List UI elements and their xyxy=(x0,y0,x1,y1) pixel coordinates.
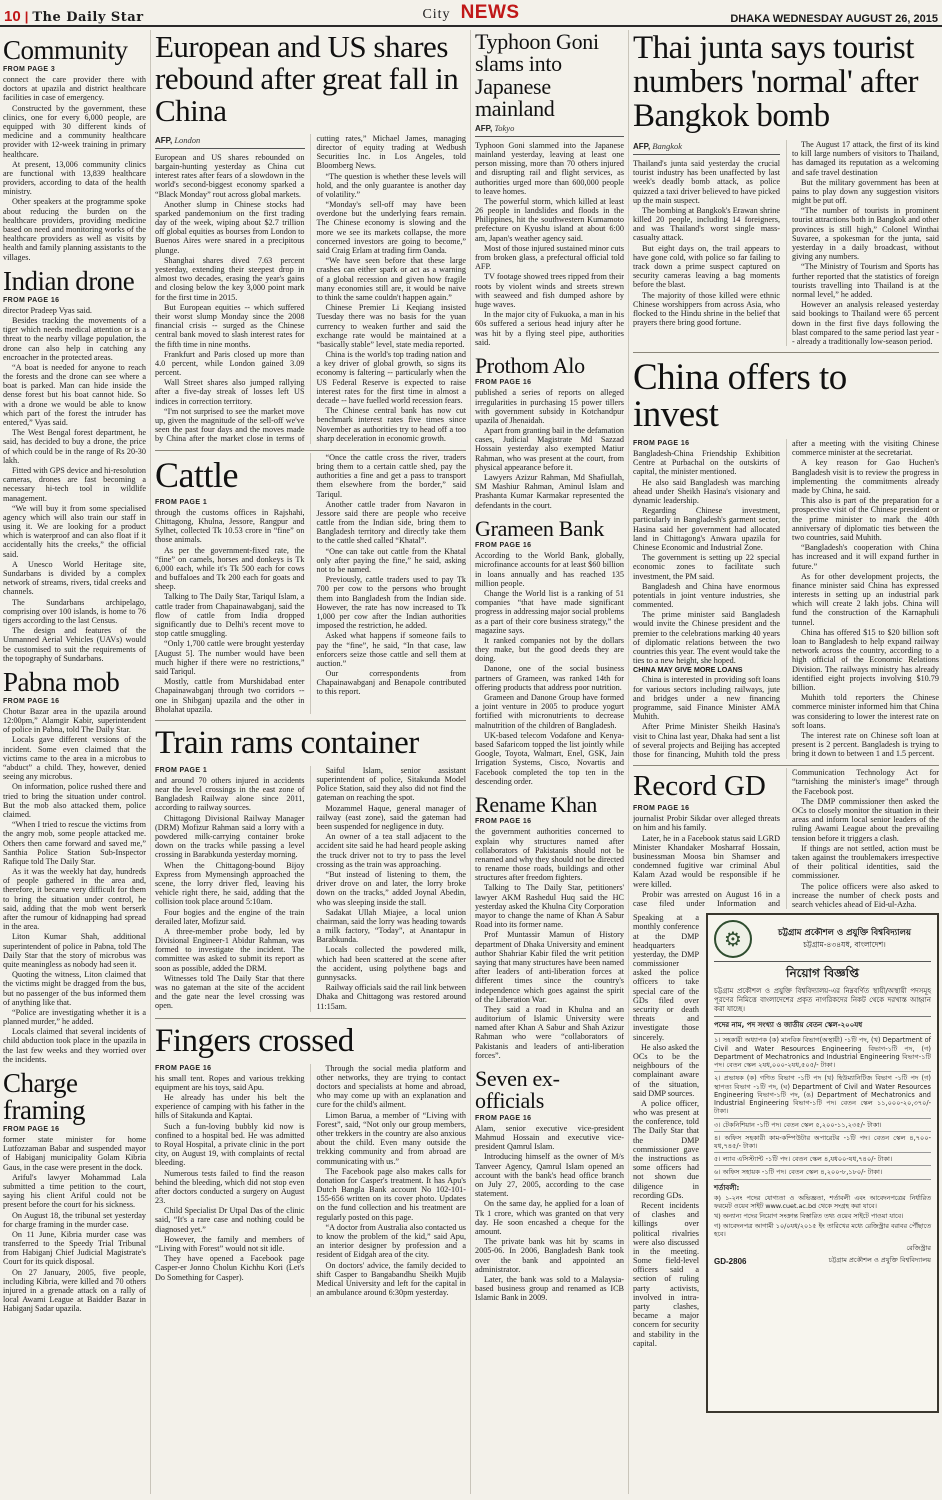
paragraph: This also is part of the preparation for… xyxy=(792,496,939,542)
paragraph: Besides tracking the movements of a tige… xyxy=(3,316,146,362)
ad-university-name: চট্টগ্রাম প্রকৌশল ও প্রযুক্তি বিশ্ববিদ্য… xyxy=(758,926,931,940)
paragraph: ২। প্রভাষক (ক) গণিত বিভাগ -১টি পদ (খ) হি… xyxy=(714,1072,931,1118)
article-pabna-mob: Pabna mob FROM PAGE 16 Chotur Bazar area… xyxy=(3,669,146,1064)
paragraph: “A doctor from Australia also contacted … xyxy=(317,1223,467,1260)
paragraph: connect the care provider there with doc… xyxy=(3,75,146,103)
paragraph: Introducing himself as the owner of M/s … xyxy=(475,1152,624,1198)
article-title: Rename Khan xyxy=(475,794,624,816)
paragraph: However an analysis released yesterday s… xyxy=(792,300,939,346)
paragraph: However, the family and members of “Livi… xyxy=(155,1235,305,1253)
paragraph: Recent incidents of clashes and killings… xyxy=(633,1201,699,1348)
article-title: Thai junta says tourist numbers 'normal'… xyxy=(633,31,939,133)
paragraph: ৫। ল্যাব এসিস্ট্যান্ট -১টি পদ। বেতন স্কে… xyxy=(714,1153,931,1166)
ad-table-header: পদের নাম, পদ সংখ্যা ও জাতীয় বেতন স্কেল-… xyxy=(714,1017,931,1034)
paragraph: He also said Bangladesh was marching ahe… xyxy=(633,478,780,506)
section-divider xyxy=(633,352,939,353)
paragraph: Chotur Bazar area in the upazila around … xyxy=(3,707,146,735)
paragraph: “The question is whether these levels wi… xyxy=(317,172,467,200)
paragraph: Locals collected the powdered milk, whic… xyxy=(317,945,467,982)
article-china-offers-invest: China offers to invest FROM PAGE 16 Bang… xyxy=(633,355,939,759)
paragraph: They have opened a Facebook page Casper-… xyxy=(155,1254,305,1282)
columns-2-3: European and US shares rebound after gre… xyxy=(155,31,466,1495)
article-body: his small tent. Ropes and various trekki… xyxy=(155,1064,466,1298)
paragraph: Regarding Chinese investment, particular… xyxy=(633,506,780,552)
from-page-label: FROM PAGE 16 xyxy=(633,805,780,812)
article-community: Community FROM PAGE 3 connect the care p… xyxy=(3,37,146,262)
paragraph: Through the social media platform and ot… xyxy=(317,1064,467,1110)
article-title: China offers to invest xyxy=(633,359,939,433)
paragraph: “Bangladesh's cooperation with China has… xyxy=(792,543,939,571)
ad-header-text: চট্টগ্রাম প্রকৌশল ও প্রযুক্তি বিশ্ববিদ্য… xyxy=(758,926,931,952)
recruitment-advertisement: ⚙ চট্টগ্রাম প্রকৌশল ও প্রযুক্তি বিশ্ববিদ… xyxy=(706,913,939,1413)
paragraph: Wall Street shares also jumped rallying … xyxy=(155,378,305,406)
ad-position-rows: ১। সহকারী অধ্যাপক (ক) মানবিক বিভাগ(অস্থা… xyxy=(714,1034,931,1179)
article-train-rams-container: Train rams container FROM PAGE 1 and aro… xyxy=(155,723,466,1012)
page-header: 10 | The Daily Star City NEWS DHAKA WEDN… xyxy=(0,0,942,27)
column-rule xyxy=(628,30,629,1494)
paragraph: Frankfurt and Paris closed up more than … xyxy=(155,350,305,378)
paragraph: But the military government has been at … xyxy=(792,178,939,206)
page-number: 10 xyxy=(4,8,21,25)
section-label: NEWS xyxy=(461,2,520,24)
article-body: Thailand's junta said yesterday the cruc… xyxy=(633,140,939,346)
article-body: director Pradeep Vyas said.Besides track… xyxy=(3,306,146,663)
dateline: DHAKA WEDNESDAY AUGUST 26, 2015 xyxy=(730,13,942,25)
article-fingers-crossed: Fingers crossed FROM PAGE 16 his small t… xyxy=(155,1021,466,1298)
paragraph: If things are not settled, action must b… xyxy=(792,844,939,881)
paragraph: Change the World list is a ranking of 51… xyxy=(475,589,624,635)
paragraph: UK-based telecom Vodafone and Kenya-base… xyxy=(475,731,624,786)
ad-signature: রেজিস্ট্রার চট্টগ্রাম প্রকৌশল ও প্রযুক্ত… xyxy=(829,1242,931,1266)
article-seven-ex-officials: Seven ex-officials FROM PAGE 16 Alam, se… xyxy=(475,1068,624,1302)
byline-place: London xyxy=(174,135,200,145)
paragraph: ১। সহকারী অধ্যাপক (ক) মানবিক বিভাগ(অস্থা… xyxy=(714,1034,931,1072)
paragraph: ৬। অফিস সহায়ক -১টি পদ। বেতন স্কেল ৪,২০০… xyxy=(714,1166,931,1179)
paragraph: Saiful Islam, senior assistant superinte… xyxy=(317,766,467,803)
paragraph: A police officer, who was present at the… xyxy=(633,1099,699,1200)
paragraph: “But instead of listening to them, the d… xyxy=(317,870,467,907)
university-emblem-icon: ⚙ xyxy=(714,920,752,958)
paragraph: ৩। টেকনিশিয়ান -১টি পদ। বেতন স্কেল ৫,২০০… xyxy=(714,1119,931,1132)
paragraph: Railway officials said the rail link bet… xyxy=(317,983,467,1011)
article-title: Fingers crossed xyxy=(155,1025,466,1058)
paragraph: The DMP commissioner then asked the OCs … xyxy=(792,797,939,843)
paragraph: Lawyers Azizur Rahman, Md Shafiullah, SM… xyxy=(475,473,624,510)
paragraph: A three-member probe body, led by Divisi… xyxy=(155,927,305,973)
section-divider xyxy=(155,450,466,451)
article-body: and around 70 others injured in accident… xyxy=(155,766,466,1012)
ad-intro-text: চট্টগ্রাম প্রকৌশল ও প্রযুক্তি বিশ্ববিদ্য… xyxy=(714,987,931,1017)
paragraph: Speaking at a monthly conference at the … xyxy=(633,913,699,1042)
from-page-label: FROM PAGE 16 xyxy=(3,698,146,705)
ad-university-address: চট্টগ্রাম-৪৩৪যধ, বাংলাদেশ। xyxy=(758,940,931,952)
ad-signature-org: চট্টগ্রাম প্রকৌশল ও প্রযুক্তি বিশ্ববিদ্য… xyxy=(829,1256,931,1264)
paragraph: When the Chittagong-bound Bijoy Express … xyxy=(155,861,305,907)
paragraph: Bangladesh and China have enormous poten… xyxy=(633,582,780,610)
paragraph: But eight days on, the trail appears to … xyxy=(633,244,780,290)
paragraph: The bombing at Bangkok's Erawan shrine k… xyxy=(633,206,780,243)
article-charge-framing: Charge framing FROM PAGE 16 former state… xyxy=(3,1070,146,1314)
columns-5-6: Thai junta says tourist numbers 'normal'… xyxy=(633,31,939,1495)
article-body: connect the care provider there with doc… xyxy=(3,75,146,262)
article-grameen-bank: Grameen Bank FROM PAGE 16 According to t… xyxy=(475,518,624,786)
article-title: Typhoon Goni slams into Japanese mainlan… xyxy=(475,31,624,121)
paragraph: Bangladesh-China Friendship Exhibition C… xyxy=(633,449,780,477)
article-body: published a series of reports on alleged… xyxy=(475,388,624,509)
paragraph: As per the government-fixed rate, the “f… xyxy=(155,546,305,592)
article-title: Record GD xyxy=(633,770,780,803)
section-divider xyxy=(155,720,466,721)
article-rename-khan: Rename Khan FROM PAGE 16 the government … xyxy=(475,794,624,1060)
from-page-label: FROM PAGE 16 xyxy=(475,542,624,549)
article-cattle: Cattle FROM PAGE 1 through the customs o… xyxy=(155,453,466,714)
section-divider xyxy=(633,765,939,766)
paragraph: Liton Kumar Shah, additional superintend… xyxy=(3,932,146,969)
paragraph: Asked what happens if someone fails to p… xyxy=(317,631,467,668)
paragraph: The private bank was hit by scams in 200… xyxy=(475,1237,624,1274)
paragraph: director Pradeep Vyas said. xyxy=(3,306,146,315)
paragraph: According to the World Bank, globally, m… xyxy=(475,551,624,588)
article-body: European and US shares rebounded on barg… xyxy=(155,134,466,444)
ad-conditions-title: শর্তাবলী: xyxy=(714,1182,931,1194)
paragraph: through the customs offices in Rajshahi,… xyxy=(155,508,305,545)
from-page-label: FROM PAGE 1 xyxy=(155,499,305,506)
paragraph: “When I tried to rescue the victims from… xyxy=(3,820,146,866)
paragraph: A Unesco World Heritage site, Sundarbans… xyxy=(3,560,146,597)
from-page-label: FROM PAGE 16 xyxy=(475,379,624,386)
paragraph: his small tent. Ropes and various trekki… xyxy=(155,1074,305,1092)
article-title: Prothom Alo xyxy=(475,355,624,377)
paragraph: But European equities -- which suffered … xyxy=(155,303,305,349)
paragraph: A key reason for Gao Huchen's Bangladesh… xyxy=(792,458,939,495)
from-page-label: FROM PAGE 16 xyxy=(3,1126,146,1133)
paragraph: published a series of reports on alleged… xyxy=(475,388,624,425)
paragraph: They said a road in Khulna and an audito… xyxy=(475,1005,624,1060)
from-page-label: FROM PAGE 3 xyxy=(3,66,146,73)
record-gd-narrow-column: Speaking at a monthly conference at the … xyxy=(633,913,699,1413)
paragraph: Talking to The Daily Star, Tariqul Islam… xyxy=(155,592,305,638)
paragraph: “Monday's sell-off may have been overdon… xyxy=(317,200,467,255)
article-title: Seven ex-officials xyxy=(475,1068,624,1113)
article-body: former state minister for home Lutfozzam… xyxy=(3,1135,146,1314)
paragraph: “One can take out cattle from the Khatal… xyxy=(317,547,467,575)
paragraph: European and US shares rebounded on barg… xyxy=(155,153,305,199)
newspaper-page: 10 | The Daily Star City NEWS DHAKA WEDN… xyxy=(0,0,942,1500)
paragraph: “The Ministry of Tourism and Sports has … xyxy=(792,262,939,299)
paragraph: Apart from granting bail in the defamati… xyxy=(475,426,624,472)
paragraph: As it was the weekly hat day, hundreds o… xyxy=(3,867,146,931)
paragraph: He also asked the OCs to be the neighbou… xyxy=(633,1043,699,1098)
paragraph: The government is setting up 22 special … xyxy=(633,553,780,581)
paragraph: journalist Probir Sikdar over alleged th… xyxy=(633,814,780,832)
from-page-label: FROM PAGE 1 xyxy=(155,767,305,774)
byline-agency: AFP, xyxy=(633,142,650,151)
article-title: Cattle xyxy=(155,457,305,493)
article-title: Community xyxy=(3,37,146,64)
paragraph: Numerous tests failed to find the reason… xyxy=(155,1169,305,1206)
paragraph: Ariful's lawyer Mohammad Lala submitted … xyxy=(3,1173,146,1210)
article-title: Pabna mob xyxy=(3,669,146,696)
article-title: European and US shares rebound after gre… xyxy=(155,31,466,127)
paragraph: former state minister for home Lutfozzam… xyxy=(3,1135,146,1172)
byline-place: Tokyo xyxy=(494,123,514,133)
byline: AFP, Bangkok xyxy=(633,141,780,155)
paragraph: Mostly, cattle from Murshidabad enter Ch… xyxy=(155,677,305,714)
paragraph: On information, police rushed there and … xyxy=(3,782,146,819)
column-rule xyxy=(470,30,471,1494)
from-page-label: FROM PAGE 16 xyxy=(155,1065,305,1072)
paragraph: Four bogies and the engine of the train … xyxy=(155,908,305,926)
paragraph: “We have seen before that these large cr… xyxy=(317,256,467,302)
paragraph: Another cattle trader from Navaron in Je… xyxy=(317,500,467,546)
column-4: Typhoon Goni slams into Japanese mainlan… xyxy=(475,31,624,1495)
paragraph: At present, 13,006 community clinics are… xyxy=(3,160,146,197)
paragraph: Such a fun-loving bubbly kid now is conf… xyxy=(155,1122,305,1168)
paragraph: Previously, cattle traders used to pay T… xyxy=(317,575,467,630)
from-page-label: FROM PAGE 16 xyxy=(475,818,624,825)
paragraph: On 27 January, 2005, five people, includ… xyxy=(3,1268,146,1314)
paragraph: The police officers were also asked to i… xyxy=(792,882,939,910)
article-body: Alam, senior executive vice-president Ma… xyxy=(475,1124,624,1303)
paragraph: He already has under his belt the experi… xyxy=(155,1093,305,1121)
paragraph: Other speakers at the programme spoke ab… xyxy=(3,197,146,261)
from-page-label: FROM PAGE 16 xyxy=(475,1115,624,1122)
paragraph: ৪। অফিস সহকারী কাম-কম্পিউটার অপারেটর -১ট… xyxy=(714,1132,931,1153)
article-record-gd: Record GD FROM PAGE 16 journalist Probir… xyxy=(633,768,939,1413)
article-title: Grameen Bank xyxy=(475,518,624,540)
paragraph: “The number of tourists in prominent tou… xyxy=(792,206,939,261)
paragraph: Constructed by the government, these cli… xyxy=(3,104,146,159)
ad-code: GD-2806 xyxy=(714,1257,746,1266)
paragraph: Most of those injured sustained minor cu… xyxy=(475,244,624,272)
paragraph: Talking to The Daily Star, petitioners' … xyxy=(475,883,624,929)
paragraph: “Only 1,700 cattle were brought yesterda… xyxy=(155,639,305,676)
article-title: Train rams container xyxy=(155,727,466,760)
masthead-block: 10 | The Daily Star xyxy=(0,8,144,25)
paragraph: Chinese Premier Li Keqiang insisted Tues… xyxy=(317,303,467,349)
paragraph: The interest rate on Chinese soft loan a… xyxy=(792,731,939,759)
ad-notice-title: নিয়োগ বিজ্ঞপ্তি xyxy=(714,965,931,985)
from-page-label: FROM PAGE 16 xyxy=(3,297,146,304)
article-body: the government authorities concerned to … xyxy=(475,827,624,1060)
paragraph: Danone, one of the social business partn… xyxy=(475,664,624,692)
ad-header: ⚙ চট্টগ্রাম প্রকৌশল ও প্রযুক্তি বিশ্ববিদ… xyxy=(714,920,931,962)
paragraph: Thailand's junta said yesterday the cruc… xyxy=(633,159,780,205)
article-indian-drone: Indian drone FROM PAGE 16 director Prade… xyxy=(3,268,146,663)
article-thai-junta: Thai junta says tourist numbers 'normal'… xyxy=(633,31,939,346)
article-body: Chotur Bazar area in the upazila around … xyxy=(3,707,146,1064)
article-body: Bangladesh-China Friendship Exhibition C… xyxy=(633,439,939,759)
paragraph: Mozammel Haque, general manager of railw… xyxy=(317,804,467,832)
paragraph: “Once the cattle cross the river, trader… xyxy=(317,453,467,499)
article-body: Typhoon Goni slammed into the Japanese m… xyxy=(475,141,624,347)
ad-signature-title: রেজিস্ট্রার xyxy=(906,1244,931,1252)
article-title: Charge framing xyxy=(3,1070,146,1124)
masthead: The Daily Star xyxy=(32,10,143,25)
paragraph: China has offered $15 to $20 billion sof… xyxy=(792,628,939,692)
paragraph: The August 17 attack, the first of its k… xyxy=(792,140,939,177)
paragraph: On doctors' advice, the family decided t… xyxy=(317,1261,467,1298)
column-rule xyxy=(150,30,151,1494)
paragraph: Sadakat Ullah Miajee, a local union chai… xyxy=(317,908,467,945)
paragraph: On 11 June, Kibria murder case was trans… xyxy=(3,1230,146,1267)
paragraph: the government authorities concerned to … xyxy=(475,827,624,882)
article-body: According to the World Bank, globally, m… xyxy=(475,551,624,786)
article-typhoon-goni: Typhoon Goni slams into Japanese mainlan… xyxy=(475,31,624,347)
paragraph: “A boat is needed for anyone to reach th… xyxy=(3,363,146,427)
byline: AFP, London xyxy=(155,135,305,149)
section-name: City xyxy=(422,7,450,23)
paragraph: Alam, senior executive vice-president Ma… xyxy=(475,1124,624,1152)
paragraph: Later, he in a Facebook status said LGRD… xyxy=(633,834,780,889)
ad-conditions-list: ক) ১-২নং পদের যোগ্যতা ও অভিজ্ঞতা, শর্তাব… xyxy=(714,1194,931,1238)
byline-agency: AFP, xyxy=(155,136,172,145)
paragraph: The powerful storm, which killed at leas… xyxy=(475,197,624,243)
section-divider xyxy=(155,1018,466,1019)
paragraph: The Facebook page also makes calls for d… xyxy=(317,1167,467,1222)
paragraph: On the same day, he applied for a loan o… xyxy=(475,1199,624,1236)
paragraph: China is the world's top trading nation … xyxy=(317,350,467,405)
paragraph: গ) আবেদনপত্র আগামী ১০/০যধ/২০১৫ ইং তারিখে… xyxy=(714,1222,931,1238)
paragraph: CHINA MAY GIVE MORE LOANS xyxy=(633,666,780,674)
paragraph: খ) অন্যান্য পদের নিয়োগ সংক্রান্ত বিস্তা… xyxy=(714,1212,931,1220)
paragraph: As for other development projects, the f… xyxy=(792,572,939,627)
article-prothom-alo: Prothom Alo FROM PAGE 16 published a ser… xyxy=(475,355,624,510)
paragraph: Typhoon Goni slammed into the Japanese m… xyxy=(475,141,624,196)
byline-agency: AFP, xyxy=(475,124,492,133)
record-gd-wrap-row: Speaking at a monthly conference at the … xyxy=(633,913,939,1413)
paragraph: Quoting the witness, Liton claimed that … xyxy=(3,970,146,1007)
paragraph: Witnesses told The Daily Star that there… xyxy=(155,974,305,1011)
paragraph: In the major city of Fukuoka, a man in h… xyxy=(475,310,624,347)
paragraph: “Police are investigating whether it is … xyxy=(3,1008,146,1026)
paragraph: Locals claimed that several incidents of… xyxy=(3,1027,146,1064)
ad-footer: GD-2806 রেজিস্ট্রার চট্টগ্রাম প্রকৌশল ও … xyxy=(714,1242,931,1266)
page-number-separator: | xyxy=(25,9,29,24)
section-block: City NEWS xyxy=(422,2,519,24)
paragraph: The West Bengal forest department, he sa… xyxy=(3,428,146,465)
article-european-shares: European and US shares rebound after gre… xyxy=(155,31,466,444)
paragraph: and around 70 others injured in accident… xyxy=(155,776,305,813)
paragraph: Grameen and Danone Group have formed a j… xyxy=(475,693,624,730)
paragraph: The Chinese central bank has now cut ben… xyxy=(317,406,467,443)
column-1: Community FROM PAGE 3 connect the care p… xyxy=(3,31,146,1495)
paragraph: The design and features of the Unmanned … xyxy=(3,626,146,663)
paragraph: China is interested in providing soft lo… xyxy=(633,675,780,721)
paragraph: Muhith told reporters the Chinese commer… xyxy=(792,693,939,730)
paragraph: The majority of those killed were ethnic… xyxy=(633,291,780,328)
paragraph: Another slump in Chinese stocks had spar… xyxy=(155,200,305,255)
article-title: Indian drone xyxy=(3,268,146,295)
byline-place: Bangkok xyxy=(652,141,682,151)
paragraph: ক) ১-২নং পদের যোগ্যতা ও অভিজ্ঞতা, শর্তাব… xyxy=(714,1194,931,1210)
paragraph: Locals gave different versions of the in… xyxy=(3,735,146,781)
paragraph: Fitted with GPS device and hi-resolution… xyxy=(3,466,146,503)
paragraph: Our correspondents from Chapainawabganj … xyxy=(317,669,467,697)
paragraph: TV footage showed trees ripped from thei… xyxy=(475,272,624,309)
paragraph: Prof Muntassir Mamun of History departme… xyxy=(475,930,624,1004)
paragraph: It ranked companies not by the dollars t… xyxy=(475,636,624,664)
paragraph: Chittagong Divisional Railway Manager (D… xyxy=(155,814,305,860)
paragraph: Limon Barua, a member of “Living with Fo… xyxy=(317,1111,467,1166)
paragraph: Child Specialist Dr Utpal Das of the cli… xyxy=(155,1206,305,1234)
paragraph: The prime minister said Bangladesh would… xyxy=(633,610,780,665)
from-page-label: FROM PAGE 16 xyxy=(633,440,780,447)
byline: AFP, Tokyo xyxy=(475,123,624,137)
paragraph: Shanghai shares dived 7.63 percent yeste… xyxy=(155,256,305,302)
paragraph: Later, the bank was sold to a Malaysia-b… xyxy=(475,1275,624,1303)
paragraph: The Sundarbans archipelago, comprising o… xyxy=(3,598,146,626)
paragraph: “We will buy it from some specialised ag… xyxy=(3,504,146,559)
paragraph: On August 18, the tribunal set yesterday… xyxy=(3,1211,146,1229)
paragraph: An owner of a tea stall adjacent to the … xyxy=(317,832,467,869)
